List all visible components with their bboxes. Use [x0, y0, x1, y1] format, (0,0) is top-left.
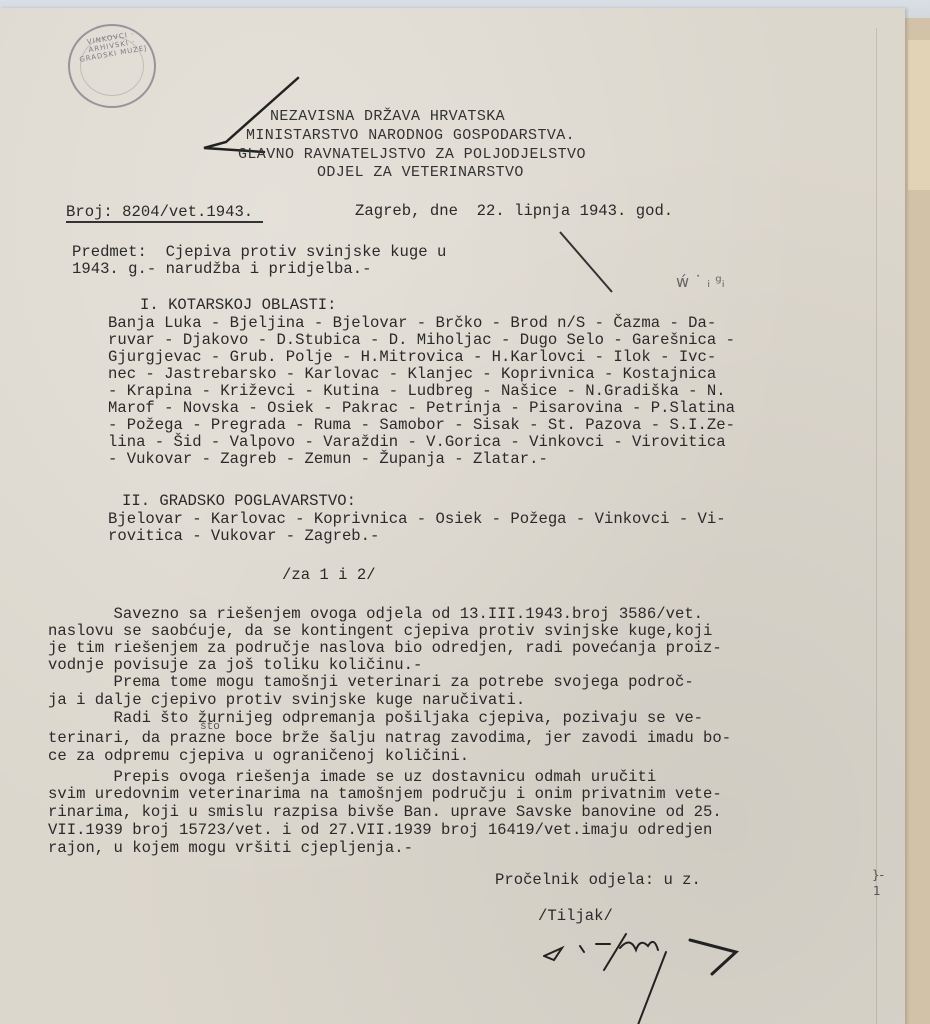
body-line: Savezno sa riešenjem ovoga odjela od 13.…	[48, 606, 703, 623]
header-department: ODJEL ZA VETERINARSTVO	[317, 164, 524, 181]
body-line: Radi što žurnijeg odpremanja pošiljaka c…	[48, 710, 703, 727]
list-line: - Vukovar - Zagreb - Zemun - Županja - Z…	[108, 451, 548, 468]
body-line: ce za odpremu cjepiva u ograničenoj koli…	[48, 748, 469, 765]
list-line: Gjurgjevac - Grub. Polje - H.Mitrovica -…	[108, 349, 716, 366]
handwritten-signature-icon	[540, 930, 750, 1024]
handwritten-annotation: ẃ ˙ ᵢ ᵍᵢ	[676, 272, 725, 291]
signatory-title: Pročelnik odjela: u z.	[495, 872, 701, 889]
list-line: rovitica - Vukovar - Zagreb.-	[108, 528, 379, 545]
body-line: terinari, da prazne boce brže šalju natr…	[48, 730, 731, 747]
header-state: NEZAVISNA DRŽAVA HRVATSKA	[270, 108, 505, 125]
list-line: - Požega - Pregrada - Ruma - Samobor - S…	[108, 417, 735, 434]
body-line: VII.1939 broj 15723/vet. i od 27.VII.193…	[48, 822, 712, 839]
handwritten-slash-mark-icon	[556, 228, 626, 298]
body-line: naslovu se saobćuje, da se kontingent cj…	[48, 623, 712, 640]
body-line: je tim riešenjem za područje naslova bio…	[48, 640, 722, 657]
body-line: svim uredovnim veterinarima na tamošnjem…	[48, 786, 722, 803]
underlying-page-fold	[908, 40, 930, 190]
interlinear-correction: što	[200, 719, 220, 736]
section-2-title: II. GRADSKO POGLAVARSTVO:	[122, 493, 356, 510]
list-line: lina - Šid - Valpovo - Varaždin - V.Gori…	[108, 434, 726, 451]
list-line: Bjelovar - Karlovac - Koprivnica - Osiek…	[108, 511, 726, 528]
subject-line-2: 1943. g.- narudžba i pridjelba.-	[72, 261, 371, 278]
list-line: ruvar - Djakovo - D.Stubica - D. Miholja…	[108, 332, 735, 349]
section-1-title: I. KOTARSKOJ OBLASTI:	[140, 297, 337, 314]
subject-line-1: Predmet: Cjepiva protiv svinjske kuge u	[72, 244, 446, 261]
recipients-note: /za 1 i 2/	[282, 567, 376, 584]
list-line: Marof - Novska - Osiek - Pakrac - Petrin…	[108, 400, 735, 417]
margin-mark: }-	[872, 868, 884, 882]
signatory-name: /Tiljak/	[538, 908, 613, 925]
body-line: rinarima, koji u smislu razpisa bivše Ba…	[48, 804, 722, 821]
body-line: rajon, u kojem mogu vršiti cjepljenja.-	[48, 840, 413, 857]
list-line: Banja Luka - Bjeljina - Bjelovar - Brčko…	[108, 315, 716, 332]
body-line: Prema tome mogu tamošnji veterinari za p…	[48, 674, 694, 691]
body-line: ja i dalje cjepivo protiv svinjske kuge …	[48, 692, 525, 709]
body-line: Prepis ovoga riešenja imade se uz dostav…	[48, 769, 656, 786]
list-line: - Krapina - Križevci - Kutina - Ludbreg …	[108, 383, 726, 400]
header-directorate: GLAVNO RAVNATELJSTVO ZA POLJODJELSTVO	[238, 146, 586, 163]
reference-number: Broj: 8204/vet.1943.	[66, 204, 263, 223]
document-page: VINKOVCI · ARHIVSKI · GRADSKI MUZEJ NEZA…	[0, 8, 905, 1024]
list-line: nec - Jastrebarsko - Karlovac - Klanjec …	[108, 366, 716, 383]
archive-stamp: VINKOVCI · ARHIVSKI · GRADSKI MUZEJ	[68, 24, 156, 108]
body-line: vodnje povisuje za još toliku količinu.-	[48, 657, 422, 674]
place-date: Zagreb, dne 22. lipnja 1943. god.	[355, 203, 673, 220]
header-ministry: MINISTARSTVO NARODNOG GOSPODARSTVA.	[246, 127, 575, 144]
margin-mark: 1	[873, 884, 881, 898]
